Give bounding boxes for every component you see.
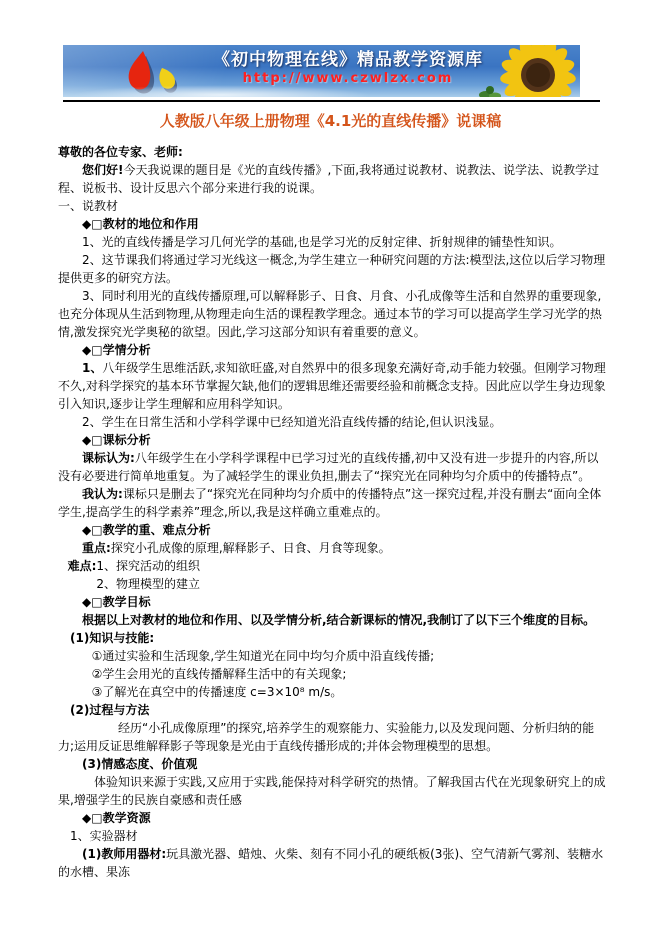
paragraph: 2、学生在日常生活和小学科学课中已经知道光沿直线传播的结论,但认识浅显。 xyxy=(58,413,610,431)
text-run: 3、同时利用光的直线传播原理,可以解释影子、日食、月食、小孔成像等生活和自然界的… xyxy=(58,289,602,339)
text-run: (1)知识与技能: xyxy=(70,631,154,645)
site-banner: 《初中物理在线》精品教学资源库 http://www.czwlzx.com xyxy=(63,45,580,97)
text-run: 一、说教材 xyxy=(58,199,118,213)
text-run: 课标认为: xyxy=(82,451,135,465)
text-run: ①通过实验和生活现象,学生知道光在同中均匀介质中沿直线传播; xyxy=(92,649,435,663)
paragraph: 体验知识来源于实践,又应用于实践,能保持对科学研究的热情。了解我国古代在光现象研… xyxy=(58,773,610,809)
doc-title: 人教版八年级上册物理《4.1光的直线传播》说课稿 xyxy=(20,111,641,131)
paragraph: ◆□学情分析 xyxy=(58,341,610,359)
paragraph: ②学生会用光的直线传播解释生活中的有关现象; xyxy=(58,665,610,683)
text-run: 1、光的直线传播是学习几何光学的基础,也是学习光的反射定律、折射规律的铺垫性知识… xyxy=(82,235,561,249)
paragraph: ◆□课标分析 xyxy=(58,431,610,449)
paragraph: 您们好!今天我说课的题目是《光的直线传播》,下面,我将通过说教材、说教法、说学法… xyxy=(58,161,610,197)
site-url: http://www.czwlzx.com xyxy=(175,71,521,87)
paragraph: 2、物理模型的建立 xyxy=(58,575,610,593)
text-run: (3)情感态度、价值观 xyxy=(82,757,197,771)
paragraph: 我认为:课标只是删去了“探究光在同种均匀介质中的传播特点”这一探究过程,并没有删… xyxy=(58,485,610,521)
paragraph: ③了解光在真空中的传播速度 c=3×10⁸ m/s。 xyxy=(58,683,610,701)
paragraph: 2、这节课我们将通过学习光线这一概念,为学生建立一种研究问题的方法:模型法,这位… xyxy=(58,251,610,287)
paragraph: 1、八年级学生思维活跃,求知欲旺盛,对自然界中的很多现象充满好奇,动手能力较强。… xyxy=(58,359,610,413)
text-run: 根据以上对教材的地位和作用、以及学情分析,结合新课标的情况,我制订了以下三个维度… xyxy=(82,613,595,627)
text-run: ◆□教学目标 xyxy=(82,595,151,609)
text-run: ◆□课标分析 xyxy=(82,433,151,447)
text-run: (2)过程与方法 xyxy=(70,703,149,717)
document-body: 尊敬的各位专家、老师:您们好!今天我说课的题目是《光的直线传播》,下面,我将通过… xyxy=(58,143,610,881)
header-divider xyxy=(63,100,600,102)
text-run: ◆□教材的地位和作用 xyxy=(82,217,199,231)
text-run: 1、 xyxy=(82,361,102,375)
paragraph: (2)过程与方法 xyxy=(58,701,610,719)
paragraph: 根据以上对教材的地位和作用、以及学情分析,结合新课标的情况,我制订了以下三个维度… xyxy=(58,611,610,629)
text-run: 经历“小孔成像原理”的探究,培养学生的观察能力、实验能力,以及发现问题、分析归纳… xyxy=(58,721,594,753)
text-run: 尊敬的各位专家、老师: xyxy=(58,145,183,159)
text-run: ◆□学情分析 xyxy=(82,343,151,357)
text-run: ◆□教学资源 xyxy=(82,811,151,825)
paragraph: (1)教师用器材:玩具激光器、蜡烛、火柴、刻有不同小孔的硬纸板(3张)、空气清新… xyxy=(58,845,610,881)
site-title: 《初中物理在线》精品教学资源库 xyxy=(175,49,521,71)
paragraph: ①通过实验和生活现象,学生知道光在同中均匀介质中沿直线传播; xyxy=(58,647,610,665)
text-run: 1、探究活动的组织 xyxy=(96,559,200,573)
sunflower-icon xyxy=(496,45,580,97)
text-run: 难点: xyxy=(68,559,97,573)
text-run: 八年级学生思维活跃,求知欲旺盛,对自然界中的很多现象充满好奇,动手能力较强。但刚… xyxy=(58,361,606,411)
paragraph: ◆□教材的地位和作用 xyxy=(58,215,610,233)
text-run: (1)教师用器材: xyxy=(82,847,166,861)
text-run: 今天我说课的题目是《光的直线传播》,下面,我将通过说教材、说教法、说学法、说教学… xyxy=(58,163,599,195)
paragraph: 一、说教材 xyxy=(58,197,610,215)
paragraph: 3、同时利用光的直线传播原理,可以解释影子、日食、月食、小孔成像等生活和自然界的… xyxy=(58,287,610,341)
text-run: 2、物理模型的建立 xyxy=(96,577,200,591)
text-run: 2、学生在日常生活和小学科学课中已经知道光沿直线传播的结论,但认识浅显。 xyxy=(82,415,501,429)
paragraph: 尊敬的各位专家、老师: xyxy=(58,143,610,161)
paragraph: 重点:探究小孔成像的原理,解释影子、日食、月食等现象。 xyxy=(58,539,610,557)
paragraph: 难点:1、探究活动的组织 xyxy=(58,557,610,575)
text-run: 体验知识来源于实践,又应用于实践,能保持对科学研究的热情。了解我国古代在光现象研… xyxy=(58,775,606,807)
paragraph: 课标认为:八年级学生在小学科学课程中已学习过光的直线传播,初中又没有进一步提升的… xyxy=(58,449,610,485)
paragraph: ◆□教学目标 xyxy=(58,593,610,611)
paragraph: (1)知识与技能: xyxy=(58,629,610,647)
text-run: 重点: xyxy=(82,541,111,555)
text-run: ②学生会用光的直线传播解释生活中的有关现象; xyxy=(92,667,347,681)
paragraph: 1、实验器材 xyxy=(58,827,610,845)
paragraph: 1、光的直线传播是学习几何光学的基础,也是学习光的反射定律、折射规律的铺垫性知识… xyxy=(58,233,610,251)
text-run: 您们好! xyxy=(82,163,123,177)
text-run: 1、实验器材 xyxy=(70,829,138,843)
text-run: 课标只是删去了“探究光在同种均匀介质中的传播特点”这一探究过程,并没有删去“面向… xyxy=(58,487,601,519)
paragraph: ◆□教学的重、难点分析 xyxy=(58,521,610,539)
text-run: 2、这节课我们将通过学习光线这一概念,为学生建立一种研究问题的方法:模型法,这位… xyxy=(58,253,605,285)
text-run: 探究小孔成像的原理,解释影子、日食、月食等现象。 xyxy=(111,541,391,555)
text-run: ③了解光在真空中的传播速度 c=3×10⁸ m/s。 xyxy=(92,685,343,699)
text-run: 八年级学生在小学科学课程中已学习过光的直线传播,初中又没有进一步提升的内容,所以… xyxy=(58,451,598,483)
paragraph: (3)情感态度、价值观 xyxy=(58,755,610,773)
paragraph: ◆□教学资源 xyxy=(58,809,610,827)
text-run: ◆□教学的重、难点分析 xyxy=(82,523,211,537)
paragraph: 经历“小孔成像原理”的探究,培养学生的观察能力、实验能力,以及发现问题、分析归纳… xyxy=(58,719,610,755)
text-run: 我认为: xyxy=(82,487,123,501)
